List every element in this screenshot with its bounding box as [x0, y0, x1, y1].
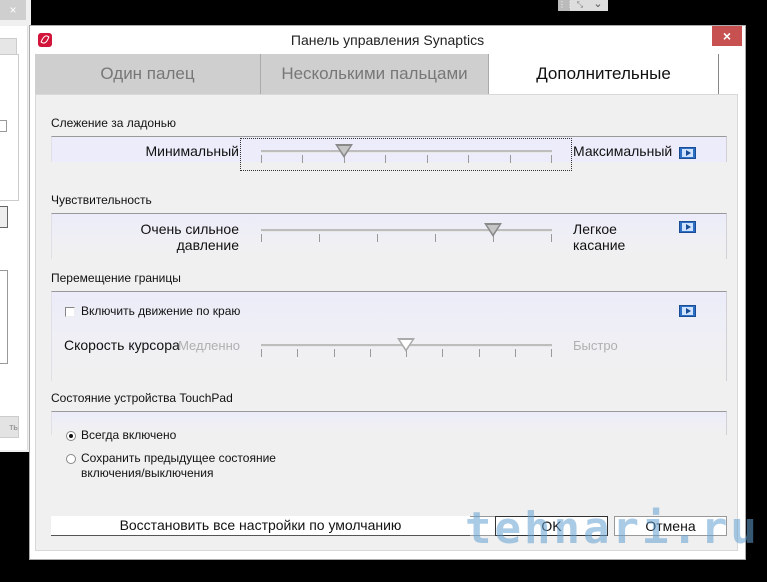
slider-tick — [435, 234, 436, 242]
sensitivity-label: Чувствительность — [51, 193, 152, 207]
slider-track[interactable] — [261, 229, 552, 232]
video-icon[interactable] — [679, 221, 696, 233]
slider-tick — [515, 349, 516, 357]
slider-tick — [468, 155, 469, 163]
tab-advanced[interactable]: Дополнительные — [489, 54, 719, 94]
slider-tick — [377, 234, 378, 242]
background-button-2[interactable]: ть — [0, 416, 19, 438]
slider-tick — [510, 155, 511, 163]
keep-previous-line1: Сохранить предыдущее состояние — [81, 451, 276, 466]
tab-bar: Один палец Несколькими пальцами Дополнит… — [35, 54, 738, 94]
window-title: Панель управления Synaptics — [30, 32, 745, 48]
video-icon[interactable] — [679, 305, 696, 317]
sensitivity-light-line1: Легкое — [573, 221, 625, 237]
grid-icon[interactable]: ⋮⋮ — [558, 0, 570, 11]
background-panel-2 — [0, 270, 8, 364]
cursor-speed-fast-label: Быстро — [573, 338, 618, 354]
slider-tick — [261, 349, 262, 357]
slider-tick — [261, 155, 262, 163]
background-button[interactable] — [0, 206, 8, 228]
resize-icon[interactable]: ⤡ — [572, 0, 588, 11]
slider-tick — [261, 234, 262, 242]
slider-tick — [427, 155, 428, 163]
slider-track[interactable] — [261, 150, 552, 153]
sensitivity-strong-label: Очень сильное давление — [96, 221, 239, 253]
advanced-panel: Слежение за ладонью Минимальный Максимал… — [35, 94, 738, 551]
sensitivity-strong-line1: Очень сильное — [96, 221, 239, 237]
slider-tick — [442, 349, 443, 357]
edge-motion-label: Перемещение границы — [51, 271, 181, 285]
sensitivity-strong-line2: давление — [96, 237, 239, 253]
close-button[interactable]: × — [712, 26, 742, 46]
cancel-button[interactable]: Отмена — [614, 516, 727, 536]
synaptics-dialog: Панель управления Synaptics × Один палец… — [29, 25, 746, 560]
palm-min-label: Минимальный — [96, 143, 239, 159]
touchpad-state-label: Состояние устройства TouchPad — [51, 391, 233, 405]
video-icon[interactable] — [679, 147, 696, 159]
tab-multi-finger[interactable]: Несколькими пальцами — [261, 54, 489, 94]
palm-tracking-slider[interactable] — [261, 141, 552, 171]
sensitivity-light-label: Легкое касание — [573, 221, 625, 253]
slider-tick — [370, 349, 371, 357]
radio-keep-previous[interactable] — [66, 454, 76, 464]
slider-tick — [334, 349, 335, 357]
ok-button[interactable]: OK — [495, 516, 608, 536]
slider-tick — [551, 155, 552, 163]
keep-previous-line2: включения/выключения — [81, 466, 276, 481]
radio-always-on[interactable] — [66, 431, 76, 441]
palm-tracking-label: Слежение за ладонью — [51, 116, 176, 130]
radio-keep-previous-label[interactable]: Сохранить предыдущее состояние включения… — [81, 451, 276, 481]
slider-tick — [551, 349, 552, 357]
cursor-speed-slider[interactable] — [261, 335, 552, 365]
edge-motion-checkbox[interactable] — [65, 307, 75, 317]
cursor-speed-label: Скорость курсора — [64, 337, 180, 353]
cursor-speed-slow-label: Медленно — [176, 338, 240, 354]
slider-tick — [297, 349, 298, 357]
slider-thumb[interactable] — [484, 223, 502, 237]
slider-tick — [479, 349, 480, 357]
slider-tick — [551, 234, 552, 242]
taskbar-fragment: ⋮⋮ ⤡ ⌄ — [558, 0, 608, 11]
slider-thumb[interactable] — [335, 144, 353, 158]
slider-tick — [302, 155, 303, 163]
restore-defaults-button[interactable]: Восстановить все настройки по умолчанию — [51, 516, 470, 536]
background-close-button[interactable]: × — [0, 0, 26, 20]
radio-always-on-label[interactable]: Всегда включено — [81, 428, 176, 443]
slider-tick — [319, 234, 320, 242]
slider-thumb[interactable] — [397, 338, 415, 352]
title-bar: Панель управления Synaptics × — [30, 26, 745, 54]
sensitivity-slider[interactable] — [261, 220, 552, 250]
chevron-down-icon[interactable]: ⌄ — [590, 0, 606, 9]
background-window: × ть — [0, 0, 31, 452]
palm-max-label: Максимальный — [573, 143, 672, 159]
sensitivity-light-line2: касание — [573, 237, 625, 253]
background-control — [0, 120, 7, 132]
slider-tick — [385, 155, 386, 163]
tab-one-finger[interactable]: Один палец — [35, 54, 261, 94]
edge-motion-checkbox-label[interactable]: Включить движение по краю — [81, 304, 240, 319]
